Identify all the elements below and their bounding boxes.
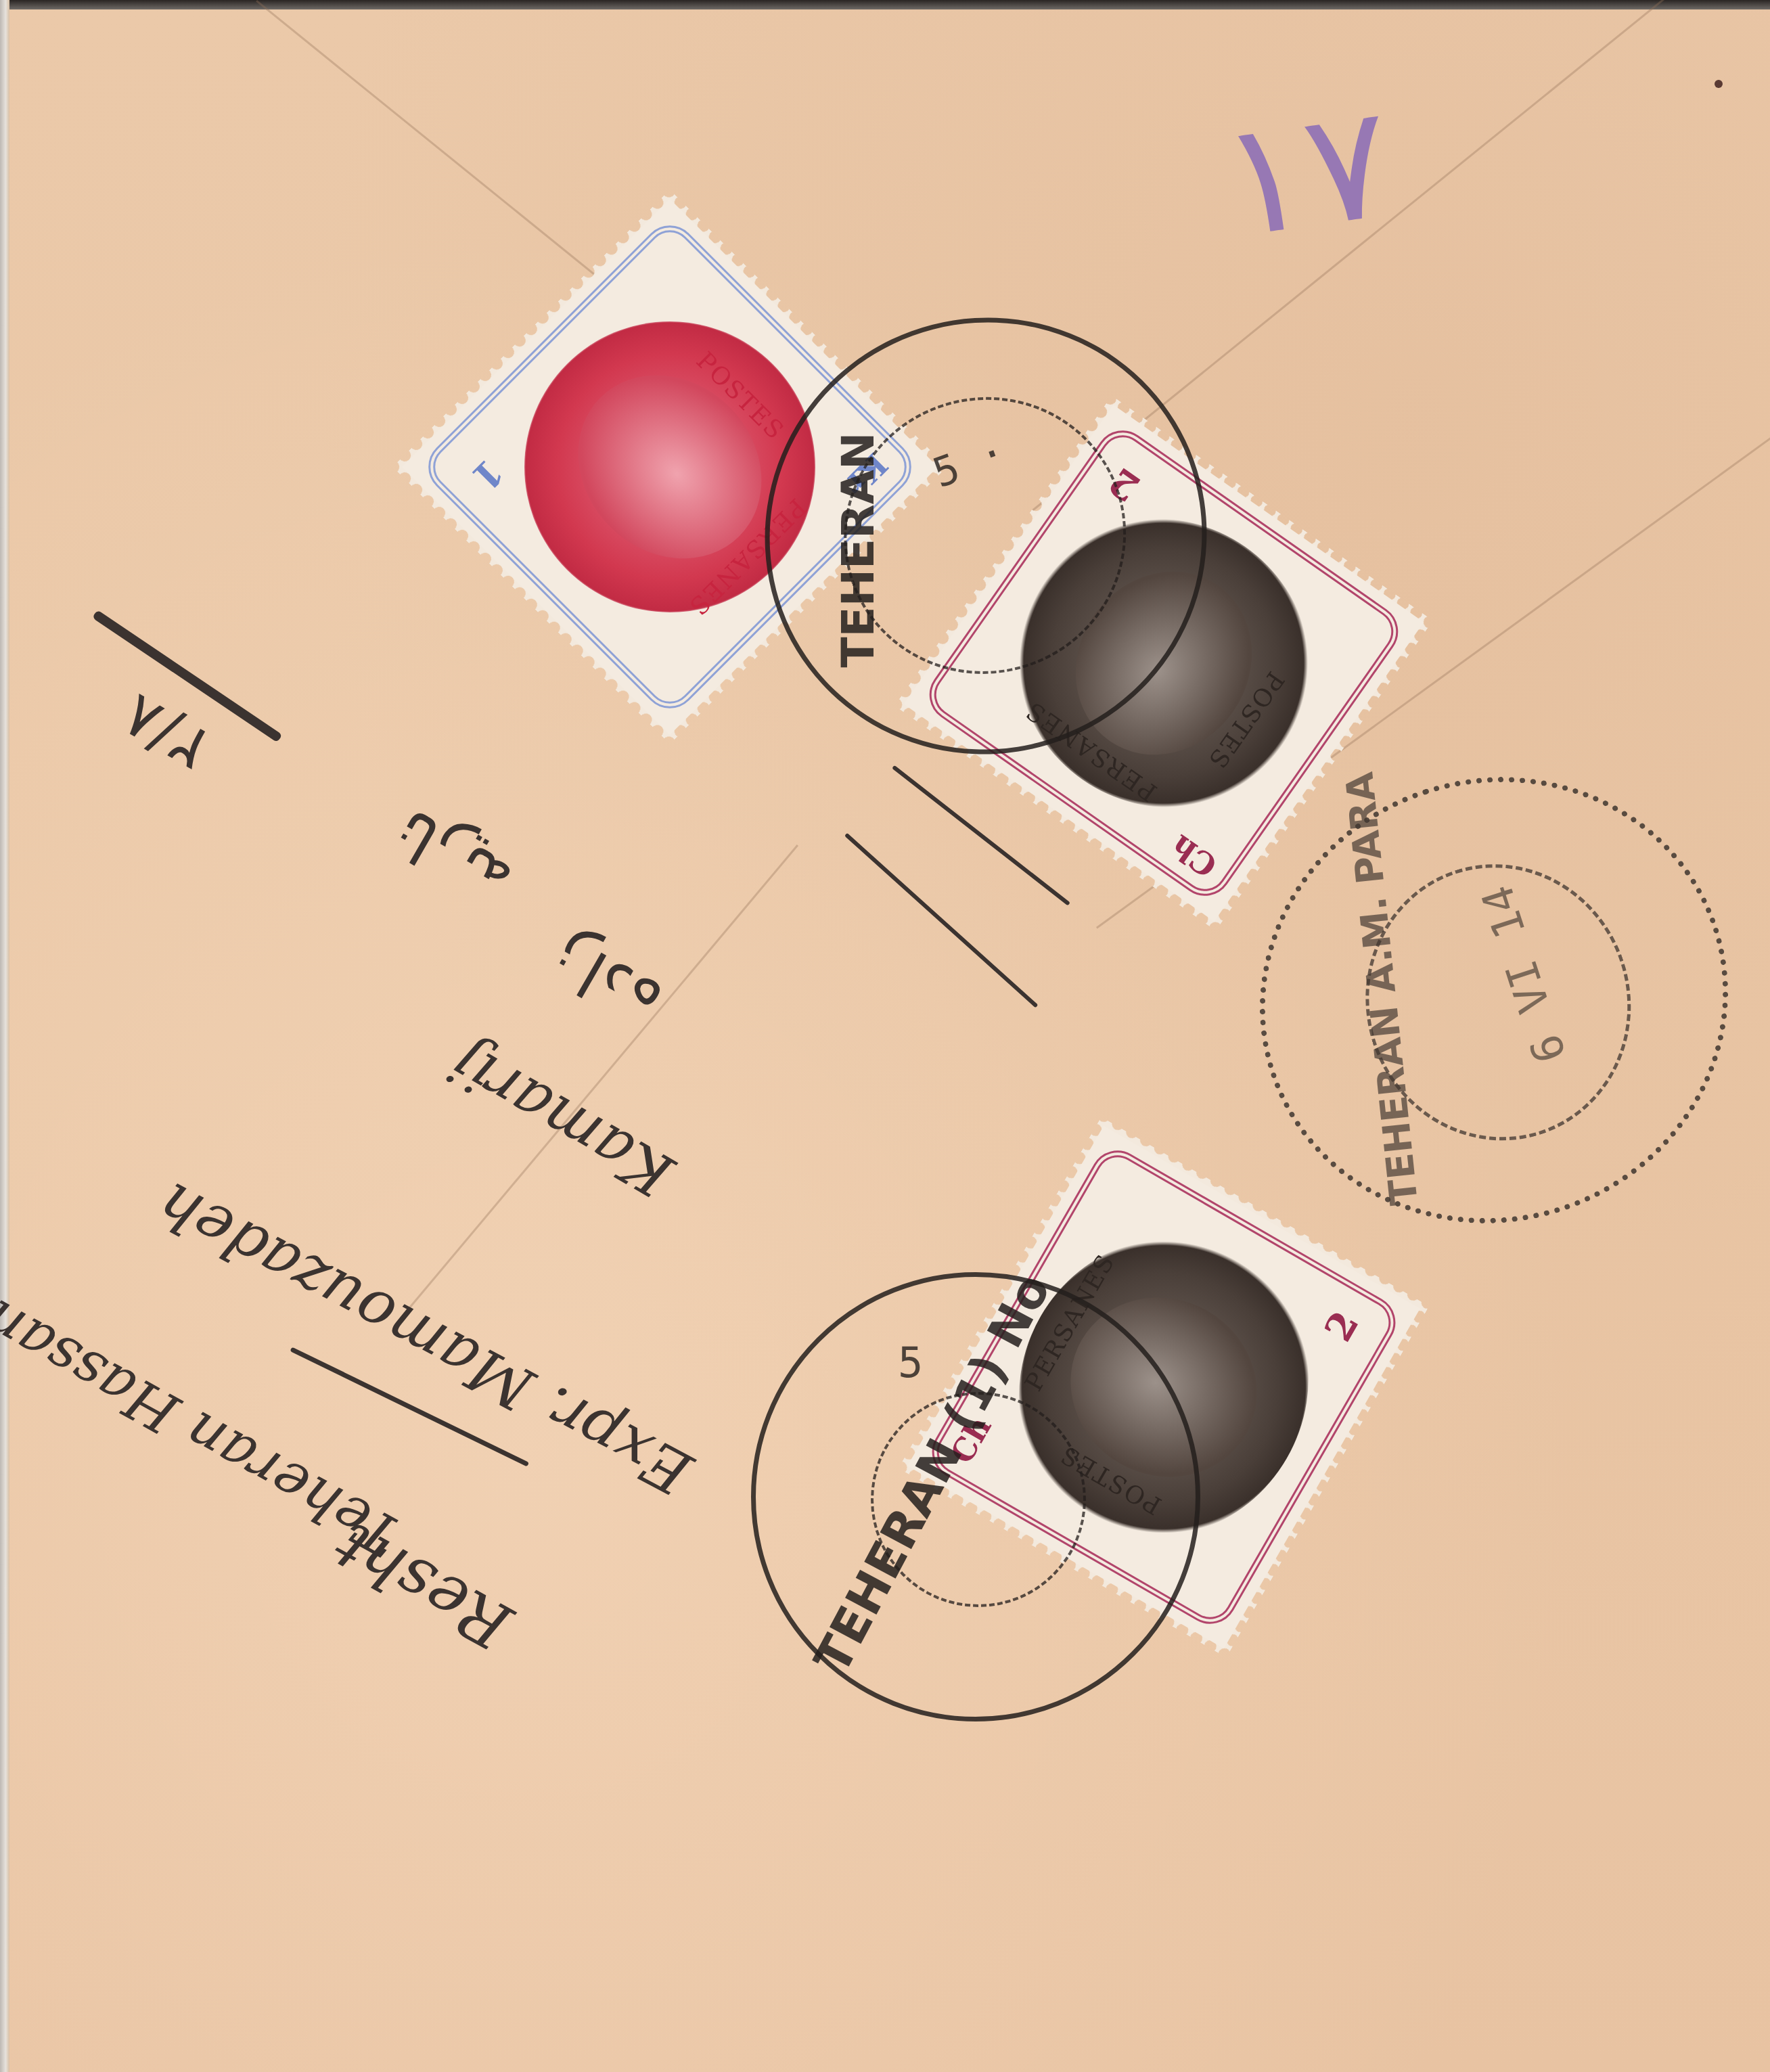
crayon-numeral-mark: ۱۷ xyxy=(1211,72,1402,274)
postmark-bottom: TEHERAN (1) No 5 xyxy=(751,1272,1200,1721)
postmark-ring-text: TEHERAN xyxy=(832,432,884,668)
persian-handwriting-3: زاده xyxy=(539,920,674,1042)
postmark-date: 5 xyxy=(898,1338,923,1387)
ink-speck xyxy=(1715,80,1723,88)
envelope-back: PERSANES POSTES 1 Kr PERSANES POSTES 2 C… xyxy=(0,0,1770,2072)
persian-handwriting-1: ۲/۸ xyxy=(109,679,221,786)
handwritten-address-line-4: Kamarij xyxy=(439,1028,685,1211)
persian-handwriting-2: ناریه xyxy=(382,794,525,920)
scan-left-edge xyxy=(0,0,9,2072)
